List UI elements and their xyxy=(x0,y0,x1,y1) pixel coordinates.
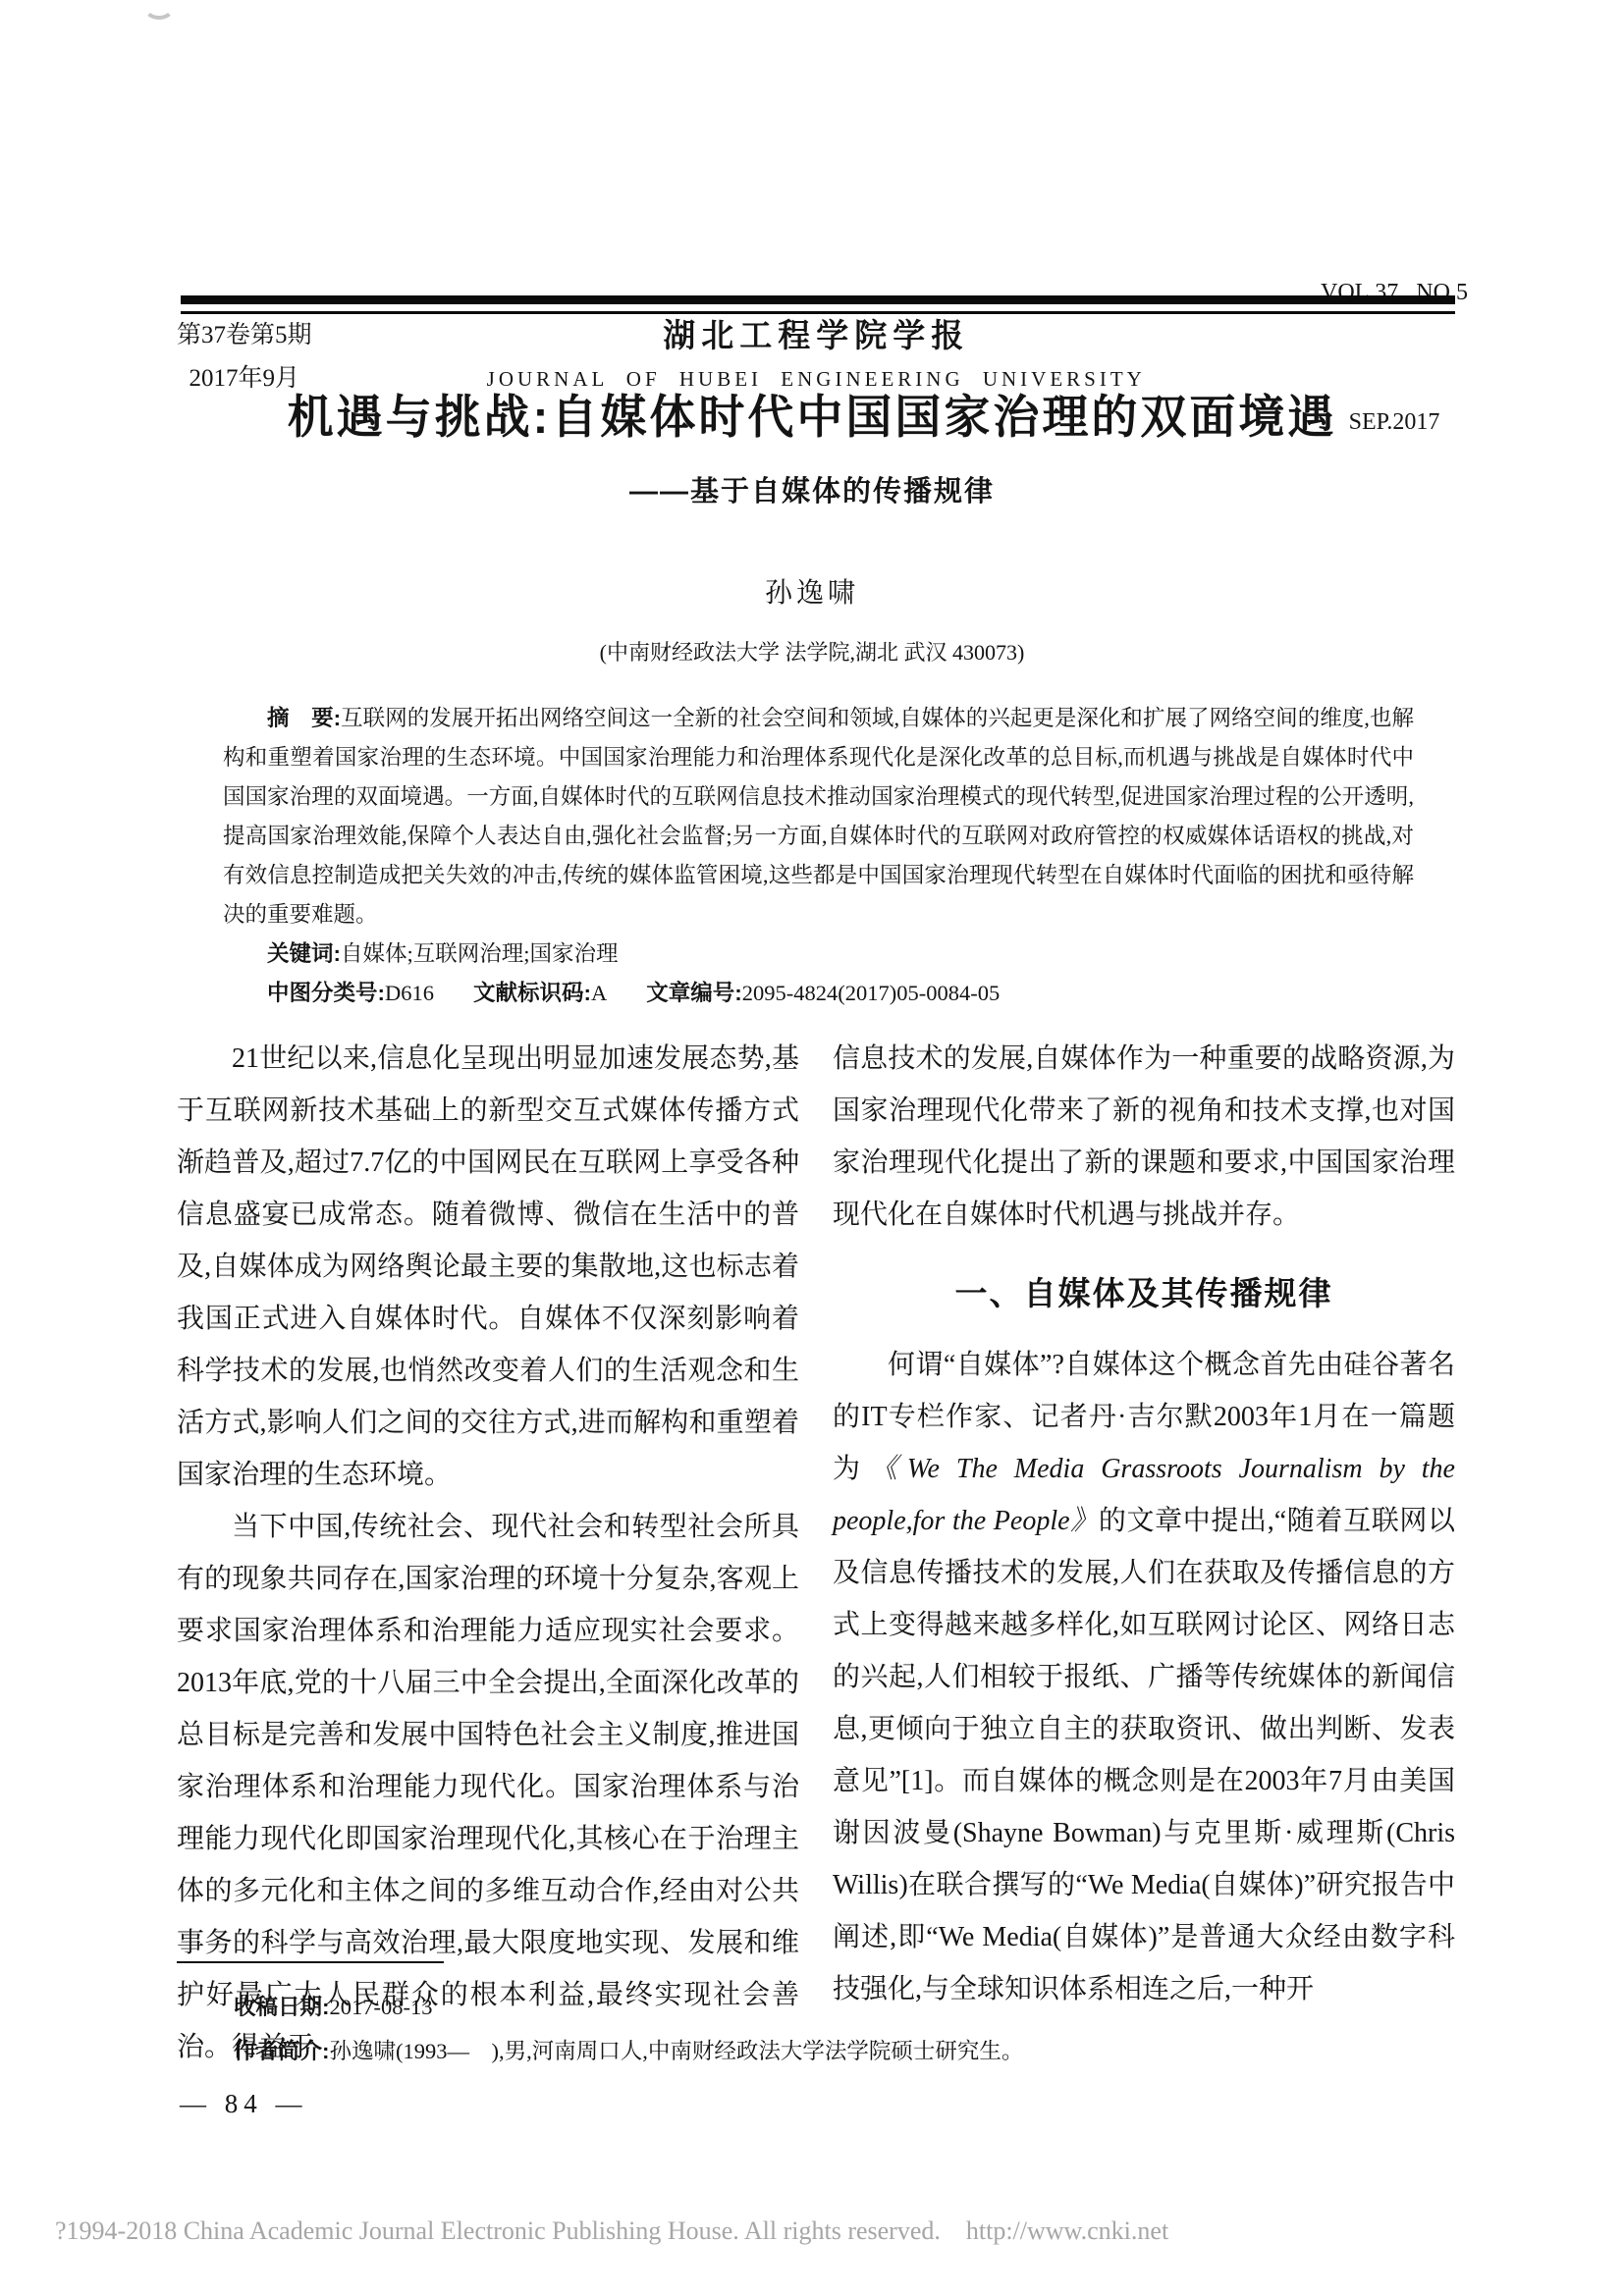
clc-label: 中图分类号: xyxy=(267,981,385,1005)
author-name: 孙逸啸 xyxy=(0,571,1624,611)
article-title: 机遇与挑战:自媒体时代中国国家治理的双面境遇 xyxy=(0,381,1624,447)
header-rule-thin xyxy=(181,311,1455,314)
article-id-value: 2095-4824(2017)05-0084-05 xyxy=(742,981,1000,1005)
received-date-value: 2017-08-13 xyxy=(330,1995,433,2019)
scanned-paper-page: 第37卷第5期 2017年9月 湖北工程学院学报 JOURNAL OF HUBE… xyxy=(0,0,1624,2296)
article-subtitle: ——基于自媒体的传播规律 xyxy=(0,469,1624,509)
body-paragraph: 何谓“自媒体”?自媒体这个概念首先由硅谷著名的IT专栏作家、记者丹·吉尔默200… xyxy=(833,1339,1455,2015)
right-column: 信息技术的发展,自媒体作为一种重要的战略资源,为国家治理现代化带来了新的视角和技… xyxy=(833,1033,1455,2073)
scan-artifact xyxy=(143,0,175,20)
footnote-divider xyxy=(177,1961,444,1963)
article-meta-block: 摘 要:互联网的发展开拓出网络空间这一全新的社会空间和领域,自媒体的兴起更是深化… xyxy=(223,699,1414,1013)
paragraph-rest: 的文章中提出,“随着互联网以及信息传播技术的发展,人们在获取及传播信息的方式上变… xyxy=(833,1506,1455,2004)
header-rule-thick xyxy=(181,295,1455,304)
article-id-label: 文章编号: xyxy=(646,981,742,1005)
clc-value: D616 xyxy=(385,981,434,1005)
classification-line: 中图分类号:D616文献标识码:A文章编号:2095-4824(2017)05-… xyxy=(223,974,1414,1013)
keywords-label: 关键词: xyxy=(267,941,341,966)
abstract-text: 互联网的发展开拓出网络空间这一全新的社会空间和领域,自媒体的兴起更是深化和扩展了… xyxy=(223,706,1414,927)
page-number: — 84 — xyxy=(180,2089,308,2119)
keywords-text: 自媒体;互联网治理;国家治理 xyxy=(341,941,619,966)
footnote-block: 收稿日期:2017-08-13 作者简介:孙逸啸(1993— ),男,河南周口人… xyxy=(177,1985,1455,2073)
abstract-label: 摘 要: xyxy=(267,706,341,730)
volume-issue-cn: 第37卷第5期 xyxy=(177,314,312,357)
body-paragraph: 信息技术的发展,自媒体作为一种重要的战略资源,为国家治理现代化带来了新的视角和技… xyxy=(833,1033,1455,1241)
author-bio-value: 孙逸啸(1993— ),男,河南周口人,中南财经政法大学法学院硕士研究生。 xyxy=(330,2039,1024,2063)
body-columns: 21世纪以来,信息化呈现出明显加速发展态势,基于互联网新技术基础上的新型交互式媒… xyxy=(177,1033,1455,2073)
volume-issue-en: VOL.37 NO.5 xyxy=(1321,271,1468,314)
author-bio-line: 作者简介:孙逸啸(1993— ),男,河南周口人,中南财经政法大学法学院硕士研究… xyxy=(177,2029,1455,2073)
doc-code-label: 文献标识码: xyxy=(473,981,591,1005)
body-paragraph: 21世纪以来,信息化呈现出明显加速发展态势,基于互联网新技术基础上的新型交互式媒… xyxy=(177,1033,799,1501)
keywords-line: 关键词:自媒体;互联网治理;国家治理 xyxy=(223,934,1414,974)
author-bio-label: 作者简介: xyxy=(234,2039,330,2063)
doc-code-value: A xyxy=(591,981,607,1005)
abstract: 摘 要:互联网的发展开拓出网络空间这一全新的社会空间和领域,自媒体的兴起更是深化… xyxy=(223,699,1414,934)
received-date-line: 收稿日期:2017-08-13 xyxy=(177,1985,1455,2029)
section-heading-1: 一、自媒体及其传播规律 xyxy=(833,1267,1455,1319)
received-date-label: 收稿日期: xyxy=(234,1995,330,2019)
journal-name-cn: 湖北工程学院学报 xyxy=(487,314,1146,357)
cnki-watermark: ?1994-2018 China Academic Journal Electr… xyxy=(55,2216,1528,2246)
left-column: 21世纪以来,信息化呈现出明显加速发展态势,基于互联网新技术基础上的新型交互式媒… xyxy=(177,1033,799,2073)
author-affiliation: (中南财经政法大学 法学院,湖北 武汉 430073) xyxy=(0,636,1624,667)
